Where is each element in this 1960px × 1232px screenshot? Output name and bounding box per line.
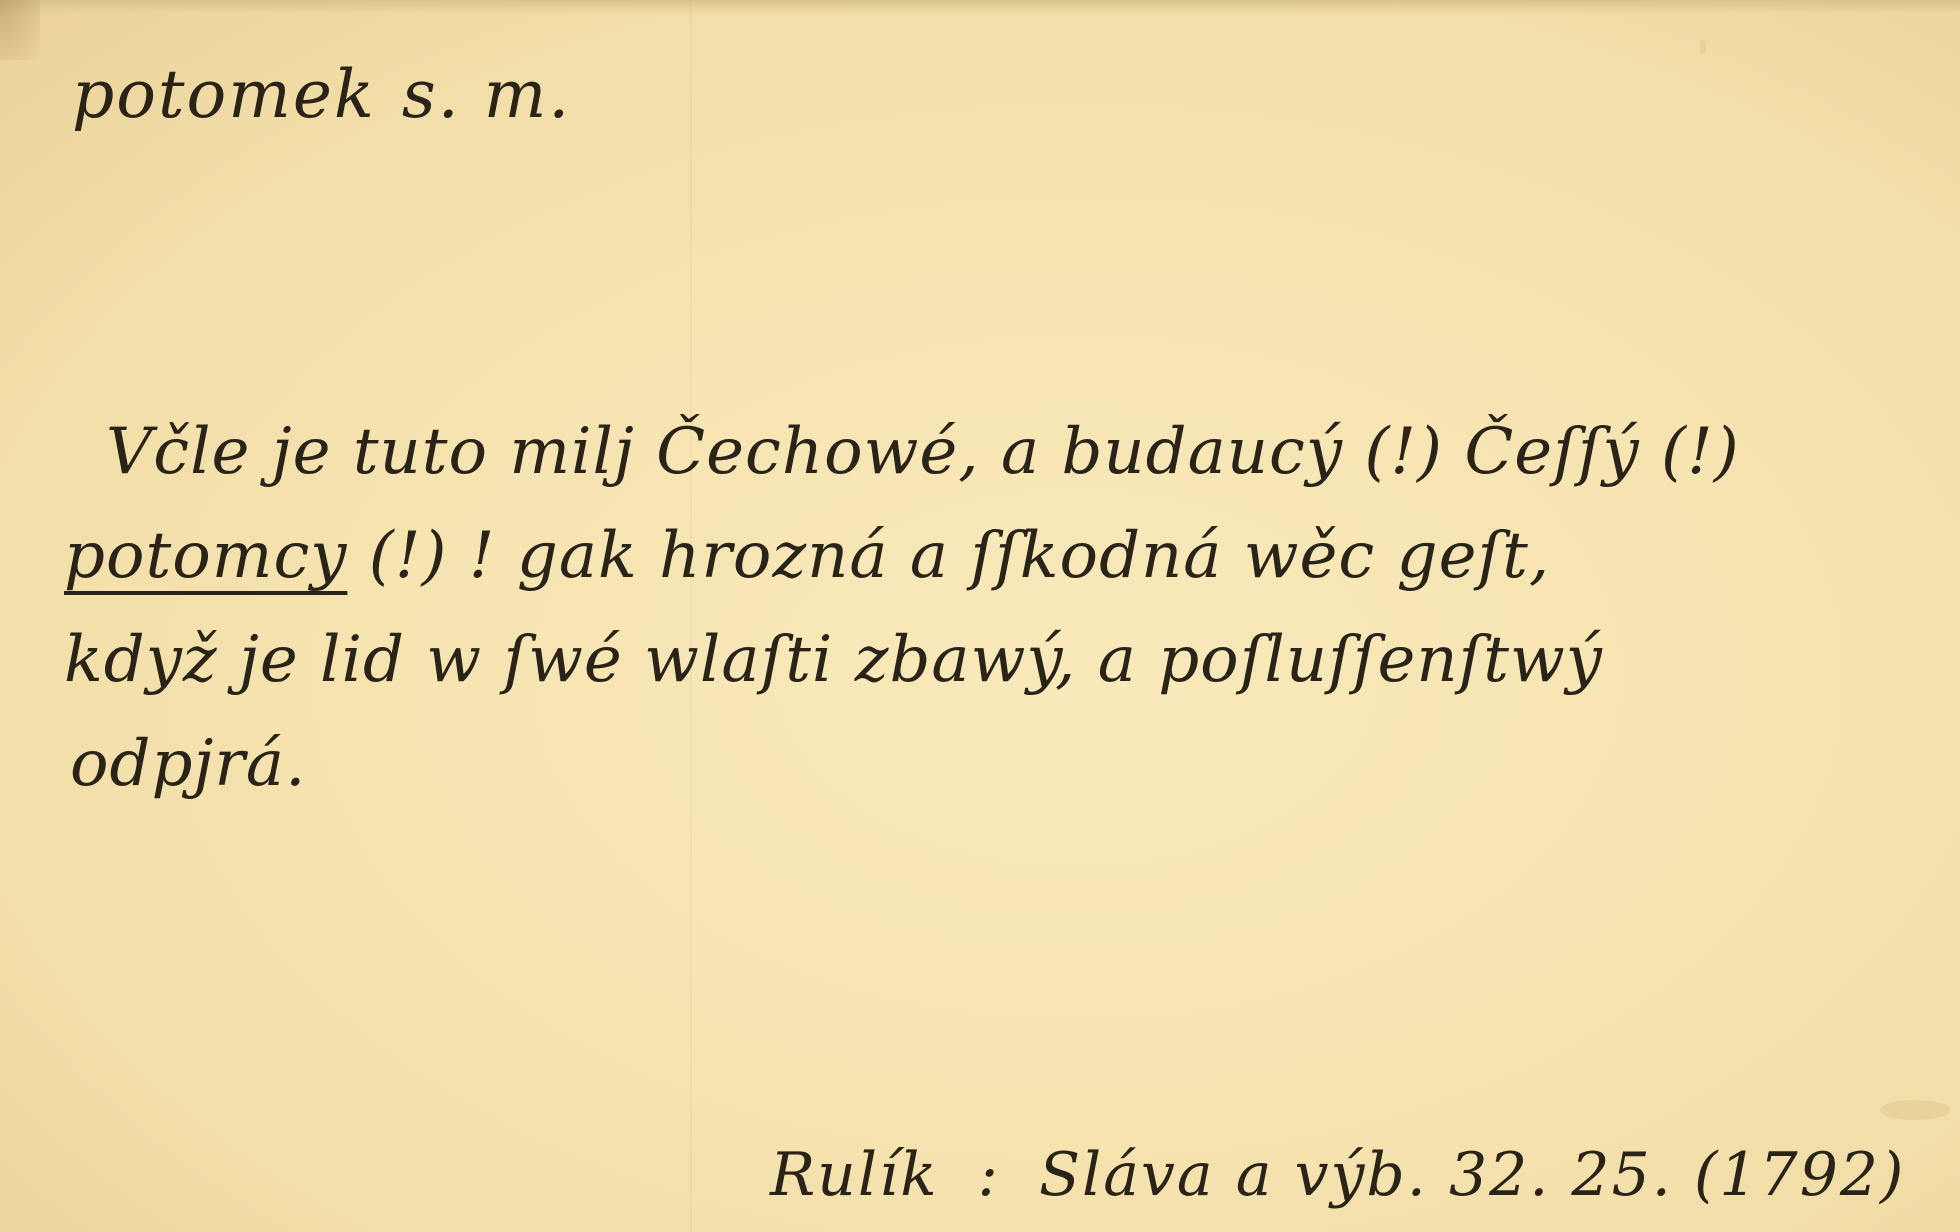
citation-year: (1792) — [1694, 1140, 1906, 1210]
grammatical-label: s. m. — [402, 56, 571, 133]
headword-entry: potomeks. m. — [72, 56, 571, 133]
citation-reference: 32. 25. — [1449, 1140, 1673, 1210]
underlined-headword-form: potomcy — [64, 519, 347, 593]
quote-line-3: když je lid w ſwé wlaſti zbawý, a poſluſ… — [64, 608, 1860, 712]
citation-separator: : — [978, 1140, 1000, 1210]
quote-line-2: potomcy (!) ! gak hrozná a ſſkodná wěc g… — [64, 504, 1860, 608]
dictionary-card: potomeks. m. Včle je tuto milj Čechowé, … — [0, 0, 1960, 1232]
quote-line-2-rest: (!) ! gak hrozná a ſſkodná wěc geſt, — [347, 519, 1550, 593]
quote-line-4: odpjrá. — [70, 712, 1860, 816]
paper-stain — [1700, 40, 1706, 54]
corner-stain — [0, 0, 40, 60]
example-quotation: Včle je tuto milj Čechowé, a budaucý (!)… — [100, 400, 1860, 816]
scan-edge-shadow — [0, 0, 1960, 14]
quote-line-1: Včle je tuto milj Čechowé, a budaucý (!)… — [106, 400, 1860, 504]
headword: potomek — [72, 56, 376, 133]
source-citation: Rulík : Sláva a výb. 32. 25. (1792) — [770, 1140, 1905, 1210]
citation-author: Rulík — [770, 1140, 939, 1210]
paper-stain — [1880, 1100, 1950, 1120]
citation-work: Sláva a výb. — [1039, 1140, 1428, 1210]
